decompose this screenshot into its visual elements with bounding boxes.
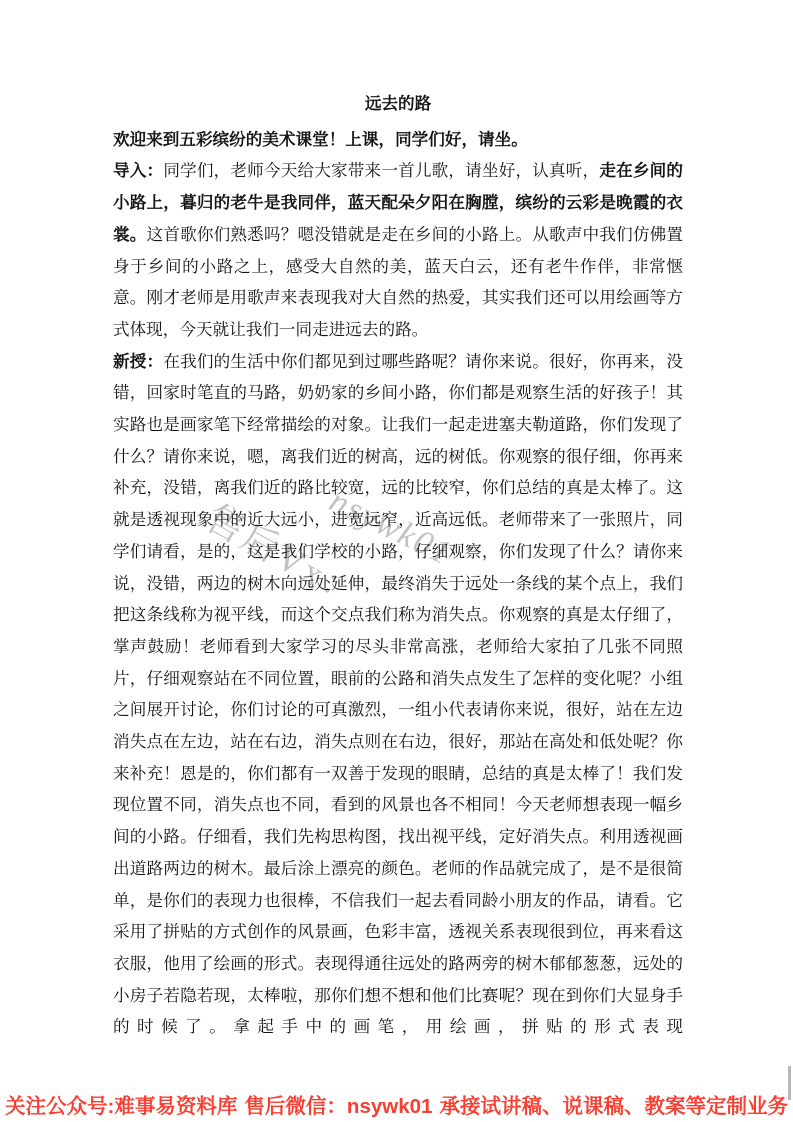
document-body: 远去的路欢迎来到五彩缤纷的美术课堂！上课，同学们好，请坐。导入：同学们，老师今天…	[113, 88, 683, 1043]
text-segment: 远去的路	[365, 94, 431, 113]
paragraph: 新授：在我们的生活中你们都见到过哪些路呢？请你来说。很好，你再来，没错，回家时笔…	[113, 346, 683, 1043]
footer-services: 承接试讲稿、说课稿、教案等定制业务	[440, 1089, 789, 1119]
paragraph: 欢迎来到五彩缤纷的美术课堂！上课，同学们好，请坐。	[113, 124, 683, 156]
footer-wechat-contact: 售后微信：nsywk01	[244, 1089, 432, 1119]
paragraph: 导入：同学们，老师今天给大家带来一首儿歌，请坐好，认真听，走在乡间的小路上，暮归…	[113, 155, 683, 345]
document-title: 远去的路	[113, 88, 683, 120]
document-page: 售后Vx： nsywk01 远去的路欢迎来到五彩缤纷的美术课堂！上课，同学们好，…	[0, 0, 793, 1122]
text-segment: 同学们，老师今天给大家带来一首儿歌，请坐好，认真听，	[163, 161, 599, 180]
footer-banner: 关注公众号:难事易资料库 售后微信：nsywk01 承接试讲稿、说课稿、教案等定…	[0, 1089, 793, 1119]
text-segment: 在我们的生活中你们都见到过哪些路呢？请你来说。很好，你再来，没错，回家时笔直的马…	[113, 352, 683, 1037]
scrollbar-fragment[interactable]	[788, 1066, 791, 1100]
text-segment: 导入：	[113, 161, 163, 180]
footer-official-account: 关注公众号:难事易资料库	[5, 1089, 237, 1119]
text-segment: 欢迎来到五彩缤纷的美术课堂！上课，同学们好，请坐。	[113, 130, 528, 149]
text-segment: 这首歌你们熟悉吗？嗯没错就是走在乡间的小路上。从歌声中我们仿佛置身于乡间的小路之…	[113, 225, 683, 339]
text-segment: 新授：	[113, 352, 163, 371]
